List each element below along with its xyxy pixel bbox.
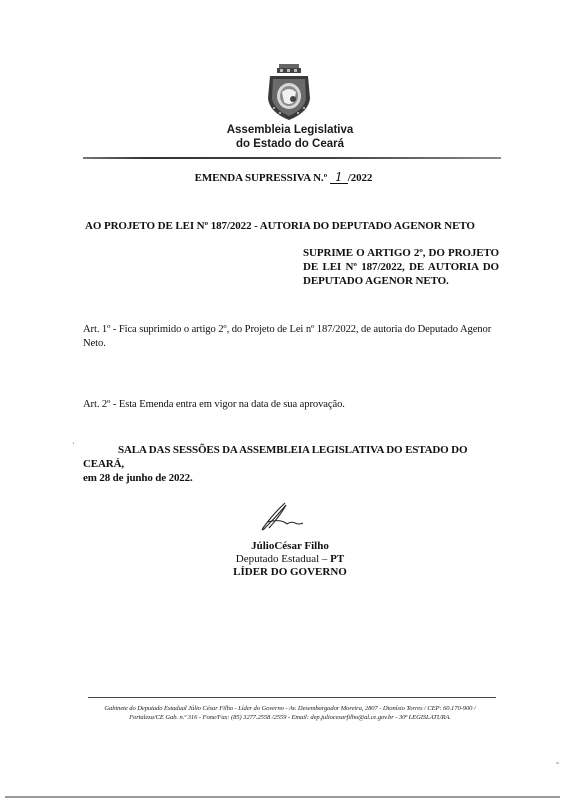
article-1: Art. 1º - Fica suprimido o artigo 2º, do… bbox=[83, 323, 503, 351]
footer-address: Gabinete do Deputado Estadual Júlio Césa… bbox=[60, 704, 520, 722]
state-coat-of-arms-icon bbox=[260, 62, 318, 122]
title-prefix: EMENDA SUPRESSIVA N.º bbox=[195, 172, 327, 184]
bill-reference-heading: AO PROJETO DE LEI Nº 187/2022 - AUTORIA … bbox=[85, 220, 475, 232]
footer-line-2: Fortaleza/CE Gab. n.º 316 - Fone/Fax: (8… bbox=[60, 713, 520, 722]
page-bottom-edge bbox=[5, 796, 560, 798]
ementa: SUPRIME O ARTIGO 2º, DO PROJETO DE LEI N… bbox=[303, 246, 499, 288]
amendment-number: 1 bbox=[330, 172, 348, 184]
scan-speck bbox=[73, 442, 74, 444]
footer-divider bbox=[88, 697, 496, 698]
document-title: EMENDA SUPRESSIVA N.º 1/2022 bbox=[0, 172, 567, 184]
closing-date: em 28 de junho de 2022. bbox=[83, 472, 193, 484]
scan-speck bbox=[556, 762, 559, 764]
institution-subname: do Estado do Ceará bbox=[140, 137, 440, 151]
signer-title: LÍDER DO GOVERNO bbox=[190, 566, 390, 579]
closing-statement: SALA DAS SESSÕES DA ASSEMBLEIA LEGISLATI… bbox=[83, 443, 503, 485]
title-year: /2022 bbox=[348, 172, 373, 184]
footer-line-1: Gabinete do Deputado Estadual Júlio Césa… bbox=[60, 704, 520, 713]
signer-office: Deputado Estadual – bbox=[236, 553, 330, 565]
handwritten-signature-icon bbox=[255, 500, 315, 534]
institution-name: Assembleia Legislativa bbox=[140, 123, 440, 137]
signer-name: JúlioCésar Filho bbox=[190, 540, 390, 553]
header-divider bbox=[83, 157, 501, 159]
closing-line-1: SALA DAS SESSÕES DA ASSEMBLEIA LEGISLATI… bbox=[83, 444, 467, 470]
signer-role: Deputado Estadual – PT bbox=[190, 553, 390, 566]
signer-party: PT bbox=[330, 553, 344, 565]
article-2: Art. 2º - Esta Emenda entra em vigor na … bbox=[83, 398, 503, 412]
